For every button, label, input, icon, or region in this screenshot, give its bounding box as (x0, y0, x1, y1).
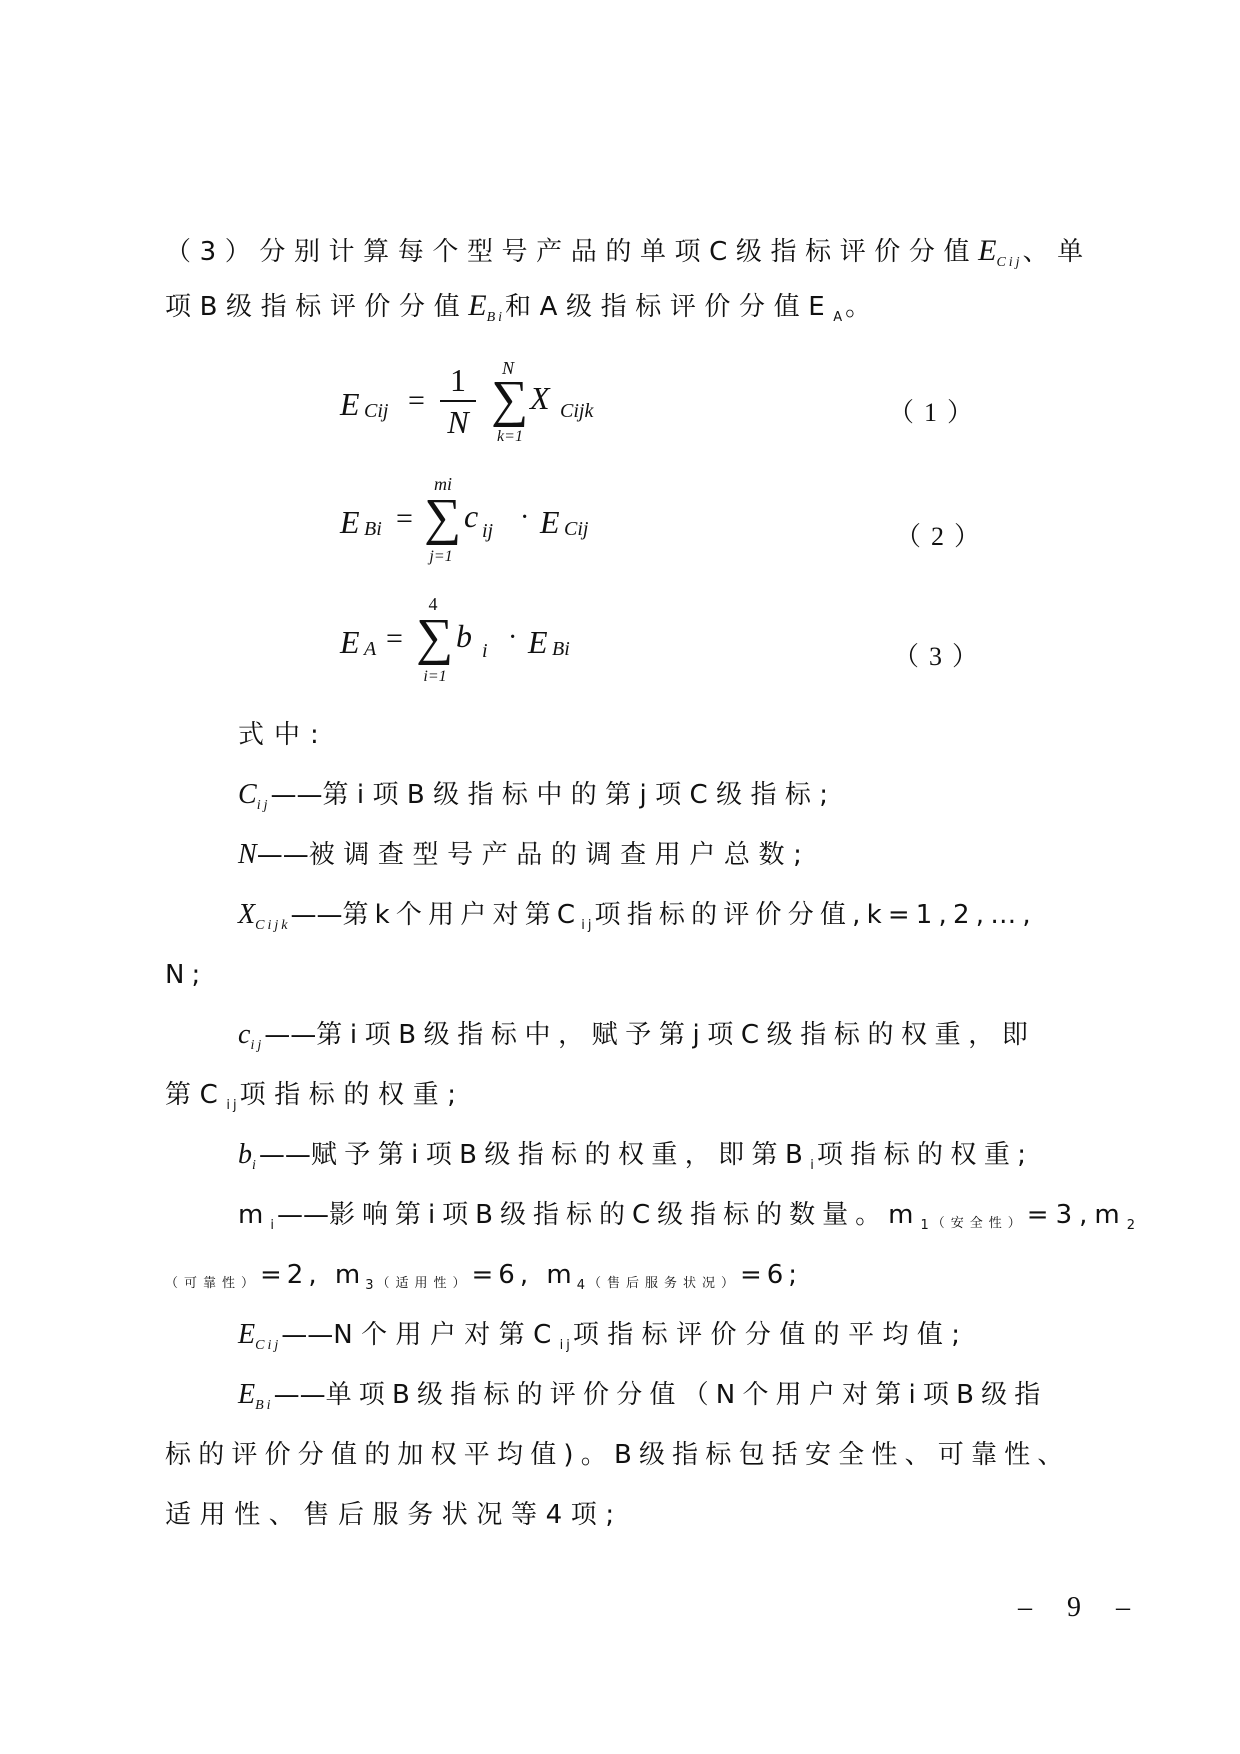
formula-2: E Bi = mi ∑ j=1 c ij · E Cij (340, 480, 640, 570)
symbol-e: E (978, 234, 996, 267)
m2-label: （可靠性） (165, 1276, 260, 1291)
intro-text: 和A级指标评价分值E (505, 292, 833, 322)
symbol: X (238, 899, 255, 930)
text-sub: i (810, 1158, 817, 1173)
fraction-numerator: 1 (440, 362, 476, 398)
formula-term-sub: Cijk (560, 400, 593, 423)
formula-term: c (464, 498, 478, 535)
definitions-heading: 式中: (238, 720, 329, 750)
m2-symbol: m (1094, 1200, 1126, 1230)
m1-symbol: m (888, 1200, 920, 1230)
intro-tail: 、单 (1023, 237, 1092, 267)
symbol: C (238, 779, 257, 810)
symbol-sub: ij (250, 1038, 264, 1053)
em-dash: —— (270, 780, 322, 810)
definition-text: 影响第i项B级指标的C级指标的数量。 (329, 1200, 888, 1230)
definition-mi: mi——影响第i项B级指标的C级指标的数量。m1（安全性）=3,m2 (238, 1200, 1138, 1241)
intro-text: （3）分别计算每个型号产品的单项C级指标评价分值 (165, 237, 978, 267)
fraction: 1 N (440, 362, 476, 440)
formula-lhs: E (340, 386, 360, 423)
definition-text: 项指标评价分值的平均值; (573, 1320, 969, 1350)
m3-symbol: m (335, 1260, 365, 1290)
definition-bi: bi——赋予第i项B级指标的权重，即第Bi项指标的权重; (238, 1140, 1033, 1181)
sum-lower-limit: k=1 (490, 428, 530, 446)
formula-1: E Cij = 1 N N ∑ k=1 X Cijk (340, 362, 640, 452)
m3-value: =6, (472, 1260, 534, 1290)
formula-lhs-sub: A (364, 638, 376, 661)
formula-equals: = (386, 622, 403, 656)
definition-n: N——被调查型号产品的调查用户总数; (238, 840, 810, 870)
symbol: E (238, 1379, 255, 1410)
definition-ecij: ECij——N个用户对第Cij项指标评价分值的平均值; (238, 1320, 968, 1361)
symbol-sub: Bi (487, 310, 505, 325)
definition-text: 第k个用户对第C (342, 900, 581, 930)
page-number: – 9 – (1018, 1592, 1144, 1624)
sum-lower-limit: i=1 (414, 668, 456, 686)
definition-cij-lower-continued: 第Cij项指标的权重; (165, 1080, 465, 1121)
definition-x: XCijk——第k个用户对第Cij项指标的评价分值,k=1,2,…, (238, 900, 1037, 941)
definition-text: 被调查型号产品的调查用户总数; (309, 840, 811, 870)
definition-text: 第C (165, 1080, 226, 1110)
formula-lhs: E (340, 504, 360, 541)
sigma-icon: ∑ (491, 374, 528, 426)
symbol-sub: Cij (996, 255, 1022, 270)
symbol-e: E (468, 289, 486, 322)
definition-text: 第i项B级指标中，赋予第j项C级指标的权重，即 (316, 1020, 1035, 1050)
em-dash: —— (264, 1020, 316, 1050)
m4-value: =6; (740, 1260, 802, 1290)
symbol: m (238, 1200, 270, 1230)
formula-term-sub: i (482, 640, 488, 663)
definition-text: 项指标的权重; (817, 1140, 1034, 1170)
definition-text: N个用户对第C (333, 1320, 559, 1350)
symbol-sub: i (252, 1158, 259, 1173)
text-sub: ij (581, 918, 594, 933)
symbol-sub: ij (257, 798, 271, 813)
sigma-icon: ∑ (424, 492, 461, 544)
fraction-denominator: N (440, 404, 476, 440)
symbol-sub: A (833, 310, 845, 325)
text-sub: ij (560, 1338, 573, 1353)
definition-x-continued: N; (165, 960, 207, 990)
equation-number-3: （3） (893, 636, 988, 673)
symbol-sub: Bi (255, 1398, 273, 1413)
m1-sub: 1 (921, 1218, 932, 1233)
equation-number-1: （1） (888, 392, 983, 429)
m3-label: （适用性） (376, 1276, 471, 1291)
formula-lhs-sub: Cij (364, 400, 388, 423)
multiply-dot: · (520, 502, 529, 534)
em-dash: —— (281, 1320, 333, 1350)
definition-ebi-continued-1: 标的评价分值的加权平均值)。B级指标包括安全性、可靠性、 (165, 1440, 1071, 1470)
definition-text: 第i项B级指标中的第j项C级指标; (322, 780, 836, 810)
m4-label: （售后服务状况） (588, 1276, 740, 1291)
symbol: c (238, 1019, 250, 1050)
sigma-icon: ∑ (416, 612, 453, 664)
intro-line-2: 项B级指标评价分值EBi和A级指标评价分值EA。 (165, 291, 880, 333)
multiply-dot: · (508, 622, 517, 654)
formula-term-sub: ij (482, 520, 493, 543)
symbol: N (238, 839, 257, 870)
m1-label: （安全性） (932, 1216, 1027, 1231)
formula-term2: E (528, 624, 548, 661)
definition-cij-upper: Cij——第i项B级指标中的第j项C级指标; (238, 780, 836, 821)
em-dash: —— (290, 900, 342, 930)
symbol-sub: Cij (255, 1338, 281, 1353)
definition-ebi-continued-2: 适用性、售后服务状况等4项; (165, 1500, 623, 1530)
em-dash: —— (257, 840, 309, 870)
equation-number-2: （2） (895, 516, 990, 553)
symbol-sub: Cijk (255, 918, 290, 933)
em-dash: —— (274, 1380, 326, 1410)
text-sub: ij (226, 1098, 239, 1113)
definition-text: 赋予第i项B级指标的权重，即第B (311, 1140, 810, 1170)
m4-sub: 4 (577, 1278, 588, 1293)
formula-equals: = (408, 384, 425, 418)
m3-sub: 3 (365, 1278, 376, 1293)
sum-lower-limit: j=1 (420, 548, 462, 566)
definition-text: 单项B级指标的评价分值（N个用户对第i项B级指 (326, 1380, 1048, 1410)
m2-sub: 2 (1127, 1218, 1138, 1233)
fraction-bar (440, 400, 476, 402)
m1-value: =3, (1027, 1200, 1095, 1230)
formula-term: X (530, 380, 550, 417)
definition-mi-continued: （可靠性）=2, m3（适用性）=6, m4（售后服务状况）=6; (165, 1260, 802, 1301)
em-dash: —— (277, 1200, 329, 1230)
symbol: b (238, 1139, 252, 1170)
definition-text: 项指标的评价分值,k=1,2,…, (595, 900, 1037, 930)
m2-value: =2, (260, 1260, 322, 1290)
intro-line-1: （3）分别计算每个型号产品的单项C级指标评价分值ECij、单 (165, 236, 1092, 278)
formula-lhs-sub: Bi (364, 518, 382, 541)
em-dash: —— (259, 1140, 311, 1170)
formula-term2-sub: Bi (552, 638, 570, 661)
formula-term2-sub: Cij (564, 518, 588, 541)
formula-term2: E (540, 504, 560, 541)
m4-symbol: m (546, 1260, 576, 1290)
intro-text: 项B级指标评价分值 (165, 292, 468, 322)
formula-3: E A = 4 ∑ i=1 b i · E Bi (340, 600, 640, 690)
intro-tail: 。 (845, 292, 880, 322)
formula-term: b (456, 618, 472, 655)
formula-lhs: E (340, 624, 360, 661)
definition-ebi: EBi——单项B级指标的评价分值（N个用户对第i项B级指 (238, 1380, 1048, 1421)
definition-cij-lower: cij——第i项B级指标中，赋予第j项C级指标的权重，即 (238, 1020, 1035, 1061)
definition-text: 项指标的权重; (240, 1080, 465, 1110)
symbol: E (238, 1319, 255, 1350)
symbol-sub: i (270, 1218, 277, 1233)
formula-equals: = (396, 502, 413, 536)
